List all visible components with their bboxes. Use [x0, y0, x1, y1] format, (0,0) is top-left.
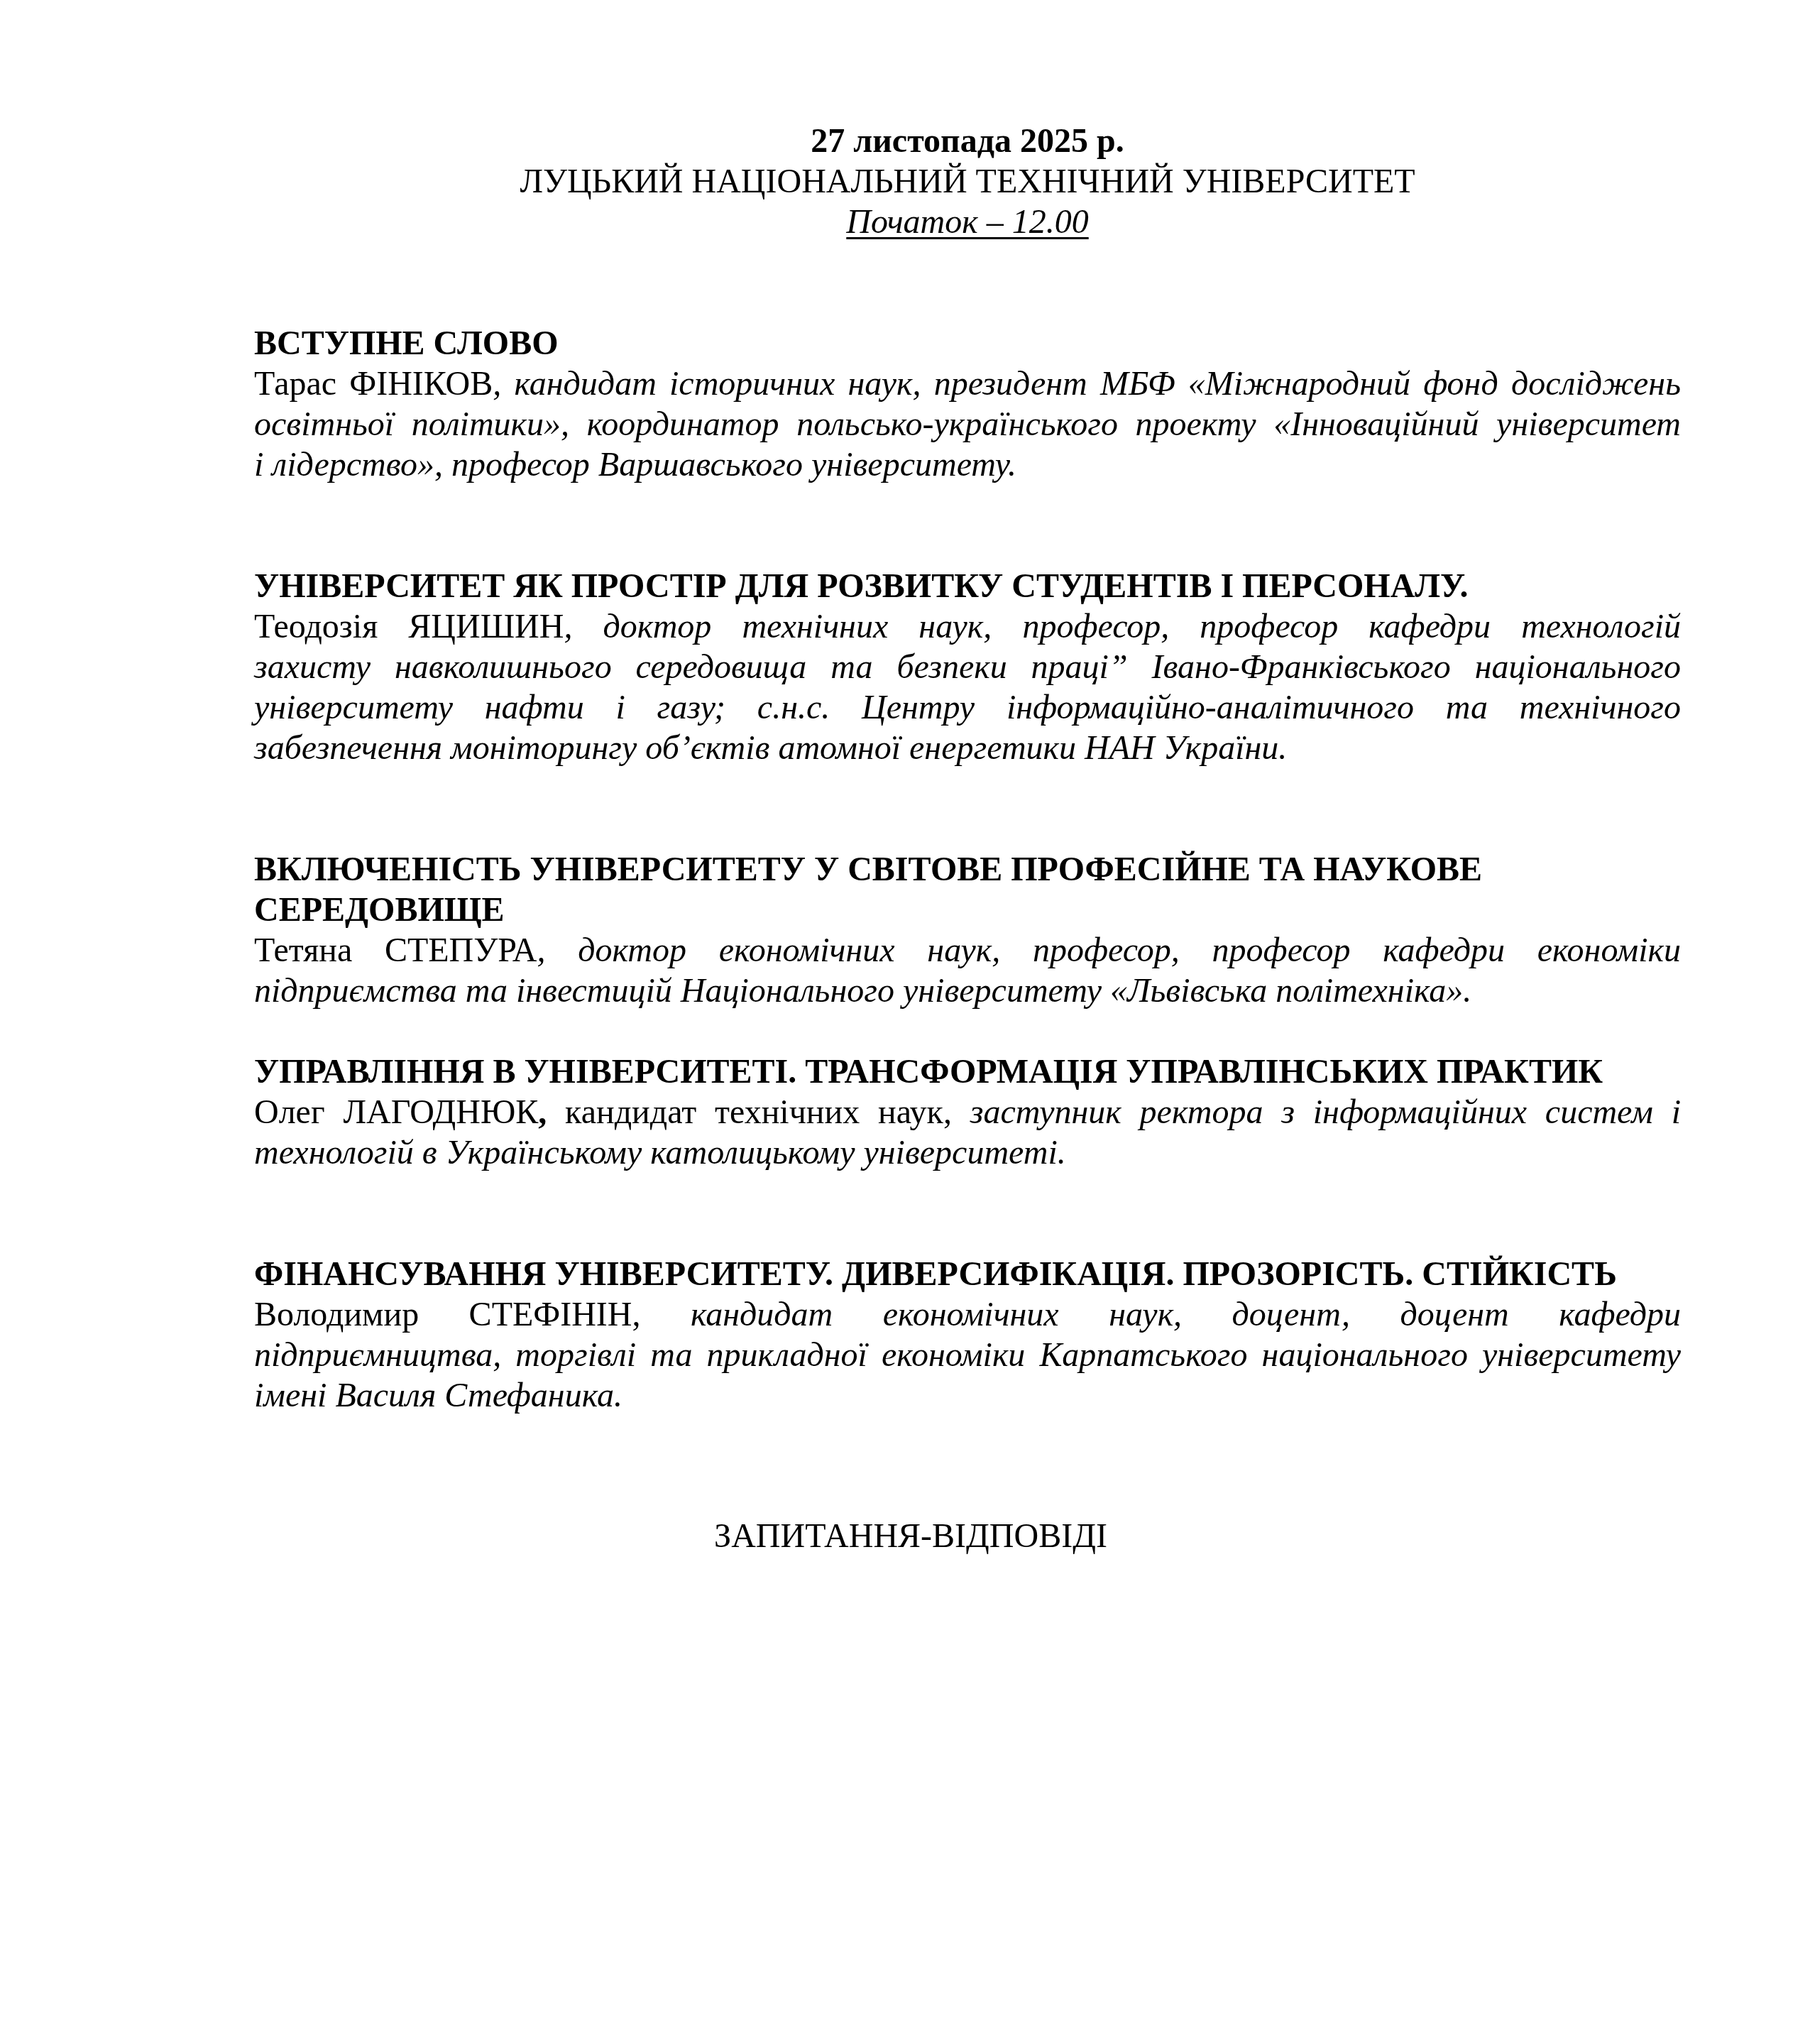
- speaker-info: Тетяна СТЕПУРА, доктор економічних наук,…: [254, 930, 1681, 1011]
- agenda-item-management: УПРАВЛІННЯ В УНІВЕРСИТЕТІ. ТРАНСФОРМАЦІЯ…: [254, 1051, 1681, 1173]
- section-heading-cont: СЕРЕДОВИЩЕ: [254, 890, 1681, 930]
- speaker-info: Володимир СТЕФІНІН, кандидат економічних…: [254, 1294, 1681, 1416]
- speaker-name: Володимир СТЕФІНІН,: [254, 1296, 641, 1333]
- speaker-name: Тетяна СТЕПУРА: [254, 931, 537, 969]
- start-time-line: Початок – 12.00: [254, 202, 1681, 242]
- agenda-item-inclusion: ВКЛЮЧЕНІСТЬ УНІВЕРСИТЕТУ У СВІТОВЕ ПРОФЕ…: [254, 849, 1681, 1011]
- agenda-item-university-space: УНІВЕРСИТЕТ ЯК ПРОСТІР ДЛЯ РОЗВИТКУ СТУД…: [254, 566, 1681, 768]
- event-date: 27 листопада 2025 р.: [254, 121, 1681, 161]
- speaker-name: Олег ЛАГОДНЮК: [254, 1093, 538, 1131]
- section-heading: ВКЛЮЧЕНІСТЬ УНІВЕРСИТЕТУ У СВІТОВЕ ПРОФЕ…: [254, 849, 1681, 890]
- section-heading: УНІВЕРСИТЕТ ЯК ПРОСТІР ДЛЯ РОЗВИТКУ СТУД…: [254, 566, 1681, 606]
- agenda-item-financing: ФІНАНСУВАННЯ УНІВЕРСИТЕТУ. ДИВЕРСИФІКАЦІ…: [254, 1254, 1681, 1416]
- agenda-item-opening: ВСТУПНЕ СЛОВО Тарас ФІНІКОВ, кандидат іс…: [254, 323, 1681, 485]
- section-heading: УПРАВЛІННЯ В УНІВЕРСИТЕТІ. ТРАНСФОРМАЦІЯ…: [254, 1051, 1681, 1092]
- speaker-info: Теодозія ЯЦИШИН, доктор технічних наук, …: [254, 606, 1681, 768]
- speaker-name: Теодозія ЯЦИШИН: [254, 608, 564, 645]
- speaker-info: Олег ЛАГОДНЮК, кандидат технічних наук, …: [254, 1092, 1681, 1173]
- speaker-info: Тарас ФІНІКОВ, кандидат історичних наук,…: [254, 364, 1681, 485]
- speaker-name: Тарас ФІНІКОВ: [254, 365, 493, 403]
- start-time: Початок – 12.00: [846, 203, 1088, 241]
- section-heading: ВСТУПНЕ СЛОВО: [254, 323, 1681, 364]
- document-page: 27 листопада 2025 р. ЛУЦЬКИЙ НАЦІОНАЛЬНИ…: [254, 121, 1681, 1416]
- section-heading: ФІНАНСУВАННЯ УНІВЕРСИТЕТУ. ДИВЕРСИФІКАЦІ…: [254, 1254, 1681, 1294]
- qa-session-label: ЗАПИТАННЯ-ВІДПОВІДІ: [197, 1516, 1624, 1556]
- venue-title: ЛУЦЬКИЙ НАЦІОНАЛЬНИЙ ТЕХНІЧНИЙ УНІВЕРСИТ…: [254, 161, 1681, 202]
